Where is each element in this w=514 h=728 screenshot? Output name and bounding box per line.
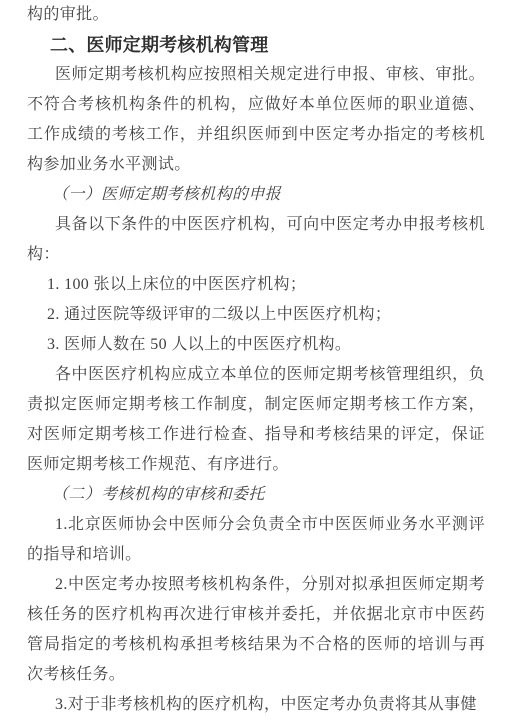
paragraph-continuation: 构的审批。: [27, 0, 485, 30]
list-item-2: 2. 通过医院等级评审的二级以上中医医疗机构；: [27, 300, 485, 330]
numbered-paragraph-1: 1.北京医师协会中医师分会负责全市中医医师业务水平测评的指导和培训。: [27, 510, 485, 570]
subsection-heading-1: （一）医师定期考核机构的申报: [27, 180, 485, 210]
list-item-1: 1. 100 张以上床位的中医医疗机构；: [27, 270, 485, 300]
section-heading: 二、医师定期考核机构管理: [27, 30, 485, 60]
numbered-paragraph-2: 2.中医定考办按照考核机构条件，分别对拟承担医师定期考核任务的医疗机构再次进行审…: [27, 570, 485, 690]
subsection-heading-2: （二）考核机构的审核和委托: [27, 480, 485, 510]
paragraph: 医师定期考核机构应按照相关规定进行申报、审核、审批。不符合考核机构条件的机构，应…: [27, 60, 485, 180]
numbered-paragraph-3-truncated: 3.对于非考核机构的医疗机构，中医定考办负责将其从事健: [27, 690, 485, 720]
paragraph: 各中医医疗机构应成立本单位的医师定期考核管理组织，负责拟定医师定期考核工作制度，…: [27, 360, 485, 480]
paragraph: 具备以下条件的中医医疗机构，可向中医定考办申报考核机构：: [27, 210, 485, 270]
document-page: 构的审批。 二、医师定期考核机构管理 医师定期考核机构应按照相关规定进行申报、审…: [0, 0, 514, 728]
list-item-3: 3. 医师人数在 50 人以上的中医医疗机构。: [27, 330, 485, 360]
